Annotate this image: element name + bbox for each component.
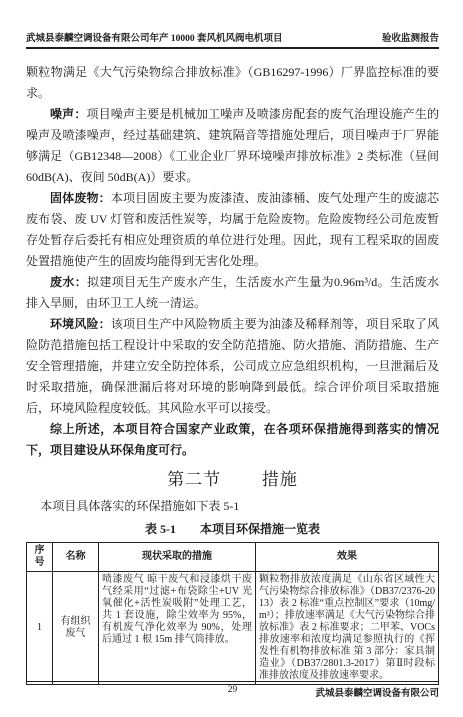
column-header-effect: 效果 (256, 543, 439, 572)
paragraph-wastewater-text: 拟建项目无生产废水产生，生活废水产生量为0.96m³/d。生活废水排入旱厕，由环… (26, 275, 439, 310)
table-intro-line: 本项目具体落实的环保措施如下表 5-1 (26, 496, 439, 517)
column-header-measures: 现状采取的措施 (99, 543, 256, 572)
table-header-row: 序号 名称 现状采取的措施 效果 (27, 543, 439, 572)
page-footer: 29 武城县泰麟空调设备有限公司 (26, 681, 439, 698)
paragraph-noise: 噪声：项目噪声主要是机械加工噪声及喷漆房配套的废气治理设施产生的噪声及喷漆噪声，… (26, 104, 439, 188)
body-text: 颗粒物满足《大气污染物综合排放标准》（GB16297-1996）厂界监控标准的要… (26, 62, 439, 685)
paragraph-env-risk-label: 环境风险： (50, 317, 111, 331)
paragraph-env-risk: 环境风险：该项目生产中风险物质主要为油漆及稀释剂等，项目采取了风险防范措施包括工… (26, 314, 439, 419)
table-caption-title: 本项目环保措施一览表 (200, 522, 320, 536)
paragraph-solid-waste-label: 固体废物： (50, 191, 111, 205)
paragraph-conclusion: 综上所述，本项目符合国家产业政策，在各项环保措施得到落实的情况下，项目建设从环保… (26, 419, 439, 461)
column-header-no: 序号 (27, 543, 53, 572)
page-header: 武城县泰麟空调设备有限公司年产 10000 套风机风阀电机项目 验收监测报告 (26, 30, 439, 49)
section-title: 措施 (262, 470, 298, 489)
paragraph-solid-waste: 固体废物：本项目固废主要为废漆渣、废油漆桶、废气处理产生的废滤芯废布袋、废 UV… (26, 188, 439, 272)
table-caption-label: 表 5-1 (145, 522, 176, 536)
paragraph-env-risk-text: 该项目生产中风险物质主要为油漆及稀释剂等，项目采取了风险防范措施包括工程设计中采… (26, 317, 439, 415)
paragraph-noise-text: 项目噪声主要是机械加工噪声及喷漆房配套的废气治理设施产生的噪声及喷漆噪声，经过基… (26, 107, 439, 184)
document-page: 武城县泰麟空调设备有限公司年产 10000 套风机风阀电机项目 验收监测报告 颗… (0, 0, 463, 717)
paragraph-wastewater: 废水：拟建项目无生产废水产生，生活废水产生量为0.96m³/d。生活废水排入旱厕… (26, 272, 439, 314)
section-number: 第二节 (167, 470, 221, 489)
table-row: 1 有组织废气 喷漆废气 晾干废气和浸漆烘干废气经采用“过滤+布袋除尘+UV 光… (27, 572, 439, 685)
section-heading: 第二节措施 (26, 469, 439, 490)
row-effect-cell: 颗粒物排放浓度满足《山东省区域性大气污染物综合排放标准》（DB37/2376-2… (256, 572, 439, 685)
table-caption: 表 5-1本项目环保措施一览表 (26, 519, 439, 540)
header-report-type: 验收监测报告 (382, 30, 439, 44)
footer-company: 武城县泰麟空调设备有限公司 (315, 685, 439, 699)
header-project-title: 武城县泰麟空调设备有限公司年产 10000 套风机风阀电机项目 (26, 30, 283, 44)
paragraph-noise-label: 噪声： (50, 107, 86, 121)
paragraph-wastewater-label: 废水： (50, 275, 87, 289)
measures-table: 序号 名称 现状采取的措施 效果 1 有组织废气 喷漆废气 晾干废气和浸漆烘干废… (26, 542, 439, 685)
paragraph-intro: 颗粒物满足《大气污染物综合排放标准》（GB16297-1996）厂界监控标准的要… (26, 62, 439, 104)
row-name-cell: 有组织废气 (53, 572, 99, 685)
row-measures-cell: 喷漆废气 晾干废气和浸漆烘干废气经采用“过滤+布袋除尘+UV 光氧催化+活性炭吸… (99, 572, 256, 685)
row-no-cell: 1 (27, 572, 53, 685)
column-header-name: 名称 (53, 543, 99, 572)
